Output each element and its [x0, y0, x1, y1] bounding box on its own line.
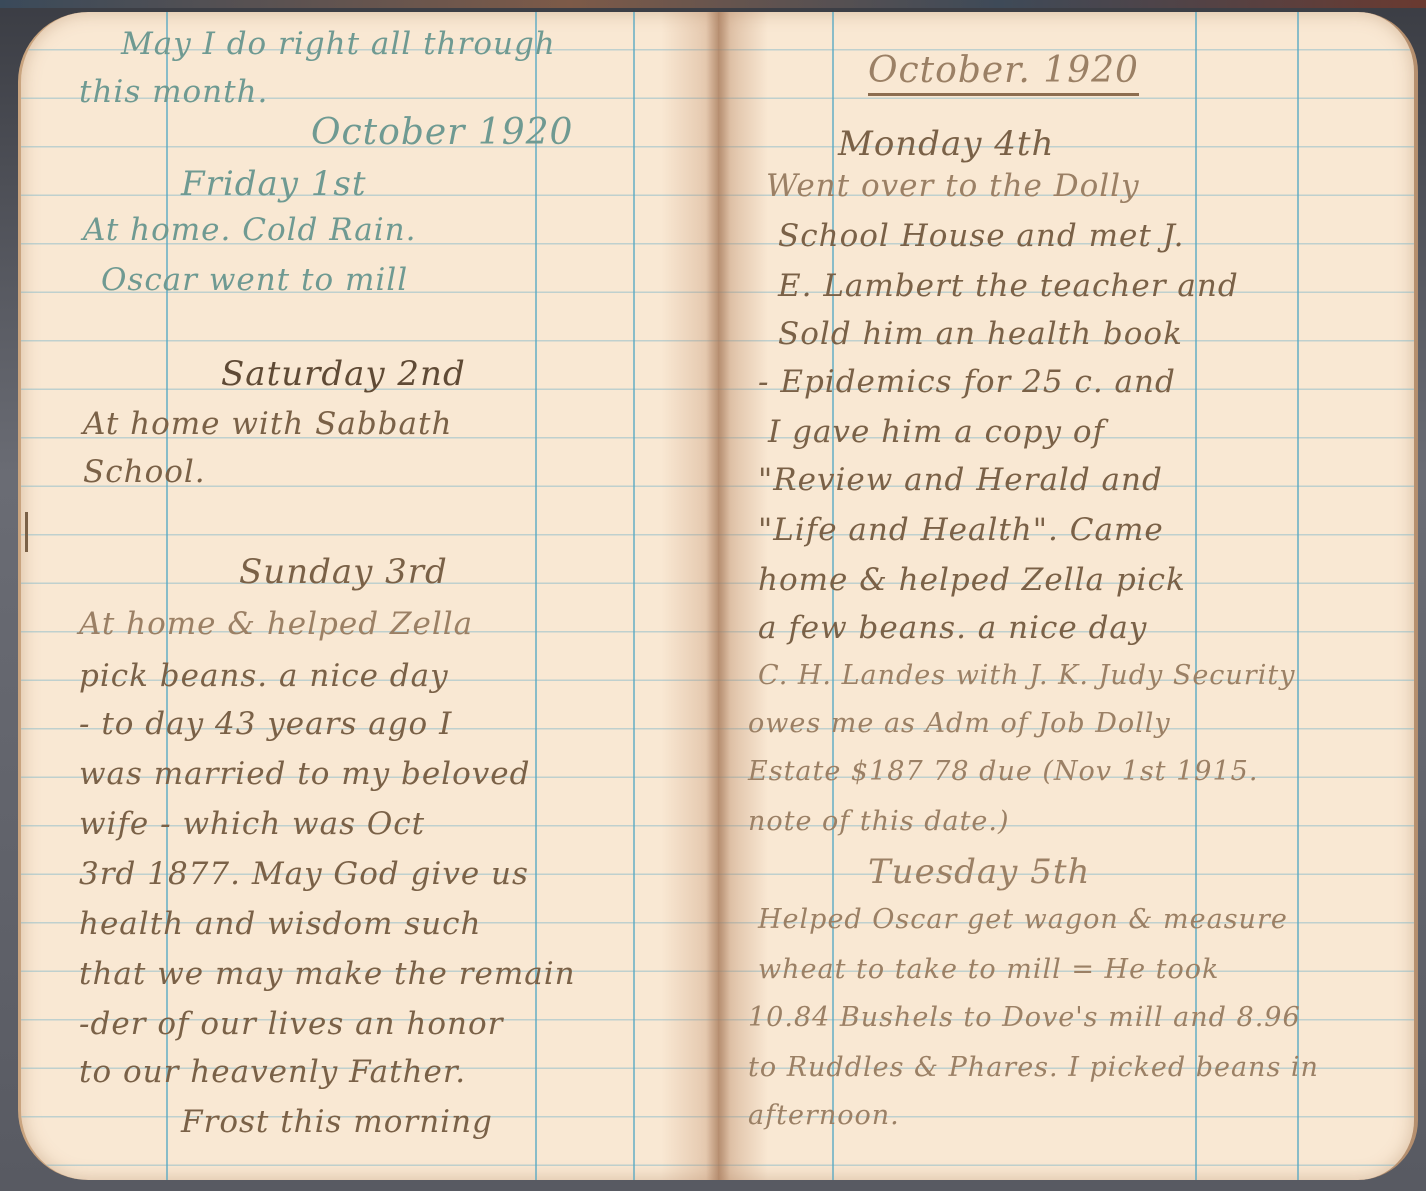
entry-line: I gave him a copy of [768, 414, 1105, 450]
grid-vertical-line [633, 12, 635, 1180]
entry-line: health and wisdom such [79, 906, 481, 942]
entry-line: afternoon. [748, 1100, 900, 1131]
margin-ink-mark [25, 512, 28, 552]
entry-line: 3rd 1877. May God give us [79, 856, 529, 892]
page-heading: October. 1920 [868, 50, 1139, 91]
page-heading: October 1920 [311, 112, 573, 153]
entry-line: note of this date.) [748, 806, 1010, 837]
entry-line: Oscar went to mill [101, 262, 408, 298]
entry-line: a few beans. a nice day [758, 610, 1147, 646]
entry-line: pick beans. a nice day [79, 658, 449, 694]
entry-line: Estate $187 78 due (Nov 1st 1915. [748, 756, 1258, 787]
entry-line: At home. Cold Rain. [83, 212, 417, 248]
entry-line: to Ruddles & Phares. I picked beans in [748, 1052, 1319, 1083]
book-spine [706, 12, 730, 1180]
page-heading-text: October. 1920 [868, 50, 1139, 96]
entry-line: E. Lambert the teacher and [778, 268, 1239, 304]
day-heading: Friday 1st [181, 164, 367, 204]
entry-line: School House and met J. [778, 218, 1185, 254]
grid-vertical-line [535, 12, 537, 1180]
day-heading: Tuesday 5th [868, 852, 1090, 892]
entry-line: was married to my beloved [79, 756, 530, 792]
day-heading: Sunday 3rd [239, 552, 448, 592]
entry-line: "Life and Health". Came [758, 512, 1164, 548]
day-heading: Monday 4th [838, 124, 1054, 164]
day-heading: Saturday 2nd [221, 354, 466, 394]
entry-line: home & helped Zella pick [758, 562, 1186, 598]
entry-line: - Epidemics for 25 c. and [758, 364, 1176, 400]
entry-line: that we may make the remain [79, 956, 576, 992]
entry-line: owes me as Adm of Job Dolly [748, 708, 1171, 739]
entry-line: C. H. Landes with J. K. Judy Security [758, 660, 1295, 691]
entry-line: Helped Oscar get wagon & measure [758, 904, 1288, 935]
entry-line: 10.84 Bushels to Dove's mill and 8.96 [748, 1002, 1301, 1033]
entry-line: "Review and Herald and [758, 462, 1163, 498]
binding-edge [0, 0, 1426, 8]
grid-lines [21, 12, 721, 1180]
header-note-line: May I do right all through [121, 26, 556, 62]
entry-line: Went over to the Dolly [766, 168, 1140, 204]
entry-line: -der of our lives an honor [79, 1006, 503, 1042]
entry-line: Frost this morning [181, 1104, 493, 1140]
entry-line: At home with Sabbath [83, 406, 452, 442]
grid-vertical-line [166, 12, 168, 1180]
entry-line: wife - which was Oct [79, 806, 425, 842]
diary-spread: May I do right all through this month. O… [18, 12, 1414, 1184]
entry-line: to our heavenly Father. [79, 1054, 466, 1090]
entry-line: wheat to take to mill = He took [758, 954, 1219, 985]
entry-line: At home & helped Zella [79, 606, 473, 642]
right-page: October. 1920 Monday 4th Went over to th… [718, 12, 1418, 1180]
entry-line: - to day 43 years ago I [79, 706, 452, 742]
entry-line: School. [83, 454, 206, 490]
left-page: May I do right all through this month. O… [18, 12, 721, 1180]
entry-line: Sold him an health book [778, 316, 1183, 352]
header-note-line: this month. [79, 74, 268, 110]
